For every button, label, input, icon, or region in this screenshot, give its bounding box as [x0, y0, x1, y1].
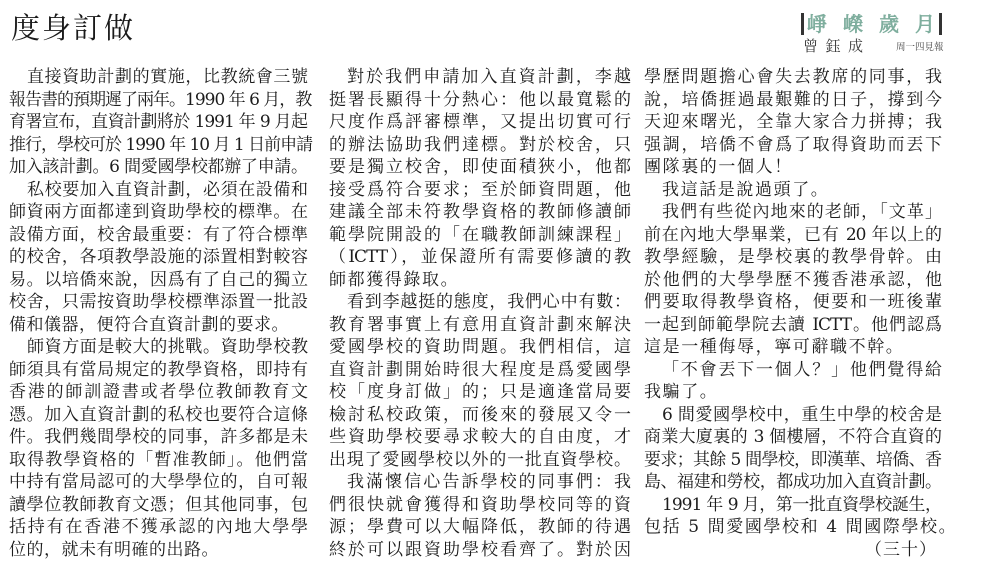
text-line: 檢討私校政策，而後來的發展又令一: [329, 404, 630, 427]
text-line: 我們有些從內地來的老師，「文革」: [644, 201, 941, 224]
text-line: 1991 年 9 月，第一批直資學校誕生，: [644, 494, 941, 517]
text-line: 接受爲符合要求；至於師資問題，他: [329, 179, 630, 202]
text-line: 直資計劃開始時很大程度是爲愛國學: [329, 359, 630, 382]
text-line: 教學經驗，是學校裏的教學骨幹。由: [644, 246, 941, 269]
text-line: 師都獲得錄取。: [329, 269, 630, 292]
text-line: 憑。加入直資計劃的私校也要符合這條: [9, 404, 307, 427]
text-line: 師資方面是較大的挑戰。資助學校教: [9, 336, 307, 359]
text-column-3: 學歷問題擔心會失去教席的同事，我 說，培僑捱過最艱難的日子，撐到今 天迎來曙光，…: [644, 66, 941, 561]
text-line: 們要取得教學資格，便要和一班後輩: [644, 291, 941, 314]
text-line: 源；學費可以大幅降低，教師的待遇: [329, 516, 630, 539]
text-line: 包括 5 間愛國學校和 4 間國際學校。: [644, 516, 941, 539]
header-bar-right: [939, 13, 942, 35]
author-name: 曾鈺成: [803, 37, 871, 55]
text-line: 校舍，只需按資助學校標準添置一批設: [9, 291, 307, 314]
text-line: 尺度作爲評審標準，又提出切實可行: [329, 111, 630, 134]
text-line: 建議全部未符教學資格的教師修讀師: [329, 201, 630, 224]
text-line: 推行，學校可於 1990 年 10 月 1 日前申請: [9, 134, 307, 157]
text-line: 我這話是說過頭了。: [644, 179, 941, 202]
text-column-1: 直接資助計劃的實施，比教統會三號 報告書的預期遲了兩年。1990 年 6 月，教…: [9, 66, 307, 561]
text-line: 「不會丟下一個人？」他們覺得給: [644, 359, 941, 382]
text-line: 加入該計劃。6 間愛國學校都辦了申請。: [9, 156, 307, 179]
text-line: 前在內地大學畢業，已有 20 年以上的: [644, 224, 941, 247]
text-line: 件。我們幾間學校的同事，許多都是未: [9, 426, 307, 449]
text-line: 讀學位教師教育文憑；但其他同事，包: [9, 494, 307, 517]
text-line: 這是一種侮辱，寧可辭職不幹。: [644, 336, 941, 359]
text-line: 終於可以跟資助學校看齊了。對於因: [329, 539, 630, 562]
publication-schedule: 周一四見報: [896, 42, 944, 54]
text-line: 設備方面，校舍最重要：有了符合標準: [9, 224, 307, 247]
text-line: 校「度身訂做」的；只是適逢當局要: [329, 381, 630, 404]
text-line: 位的，就未有明確的出路。: [9, 539, 307, 562]
text-column-2: 對於我們申請加入直資計劃，李越 挺署長顯得十分熱心：他以最寬鬆的 尺度作爲評審標…: [329, 66, 630, 561]
text-line: 育署宣布，直資計劃將於 1991 年 9 月起: [9, 111, 307, 134]
text-line: 學歷問題擔心會失去教席的同事，我: [644, 66, 941, 89]
article-title: 度身訂做: [11, 11, 135, 45]
text-line: 些資助學校要尋求較大的自由度，才: [329, 426, 630, 449]
text-line: 我滿懷信心告訴學校的同事們：我: [329, 471, 630, 494]
text-line: 愛國學校的資助問題。我們相信，這: [329, 336, 630, 359]
text-line: 中持有當局認可的大學學位的，自可報: [9, 471, 307, 494]
text-line: 强調，培僑不會爲了取得資助而丟下: [644, 134, 941, 157]
text-line: 於他們的大學學歷不獲香港承認，他: [644, 269, 941, 292]
text-line: 島、福建和勞校，都成功加入直資計劃。: [644, 471, 941, 494]
text-line: 我騙了。: [644, 381, 941, 404]
text-line: 們很快就會獲得和資助學校同等的資: [329, 494, 630, 517]
text-line: 括持有在香港不獲承認的內地大學學: [9, 516, 307, 539]
text-line: 報告書的預期遲了兩年。1990 年 6 月，教: [9, 89, 307, 112]
column-name: 崢嶸歲月: [807, 11, 951, 37]
text-line: 說，培僑捱過最艱難的日子，撐到今: [644, 89, 941, 112]
text-line: 一起到師範學院去讀 ICTT。他們認爲: [644, 314, 941, 337]
text-line: 要求；其餘 5 間學校，即漢華、培僑、香: [644, 449, 941, 472]
text-line: 商業大廈裏的 3 個樓層，不符合直資的: [644, 426, 941, 449]
text-line: 易。以培僑來說，因爲有了自己的獨立: [9, 269, 307, 292]
text-line: 天迎來曙光，全靠大家合力拼搏；我: [644, 111, 941, 134]
text-line: 對於我們申請加入直資計劃，李越: [329, 66, 630, 89]
series-number: （三十）: [644, 539, 941, 562]
text-line: 要是獨立校舍，即使面積狹小，他都: [329, 156, 630, 179]
text-line: 取得教學資格的「暫准教師」。他們當: [9, 449, 307, 472]
text-line: 的辦法協助我們達標。對於校舍，只: [329, 134, 630, 157]
text-line: 出現了愛國學校以外的一批直資學校。: [329, 449, 630, 472]
header-bar-left: [801, 13, 804, 35]
text-line: 師須具有當局規定的教學資格，即持有: [9, 359, 307, 382]
text-line: 香港的師訓證書或者學位教師教育文: [9, 381, 307, 404]
text-line: 教育署事實上有意用直資計劃來解決: [329, 314, 630, 337]
text-line: 看到李越挺的態度，我們心中有數：: [329, 291, 630, 314]
text-line: 直接資助計劃的實施，比教統會三號: [9, 66, 307, 89]
text-line: 師資兩方面都達到資助學校的標準。在: [9, 201, 307, 224]
text-line: 範學院開設的「在職教師訓練課程」: [329, 224, 630, 247]
text-line: 6 間愛國學校中，重生中學的校舍是: [644, 404, 941, 427]
text-line: 備和儀器，便符合直資計劃的要求。: [9, 314, 307, 337]
text-line: 挺署長顯得十分熱心：他以最寬鬆的: [329, 89, 630, 112]
text-line: （ICTT），並保證所有需要修讀的教: [329, 246, 630, 269]
text-line: 私校要加入直資計劃，必須在設備和: [9, 179, 307, 202]
text-line: 的校舍，各項教學設施的添置相對較容: [9, 246, 307, 269]
text-line: 團隊裏的一個人！: [644, 156, 941, 179]
